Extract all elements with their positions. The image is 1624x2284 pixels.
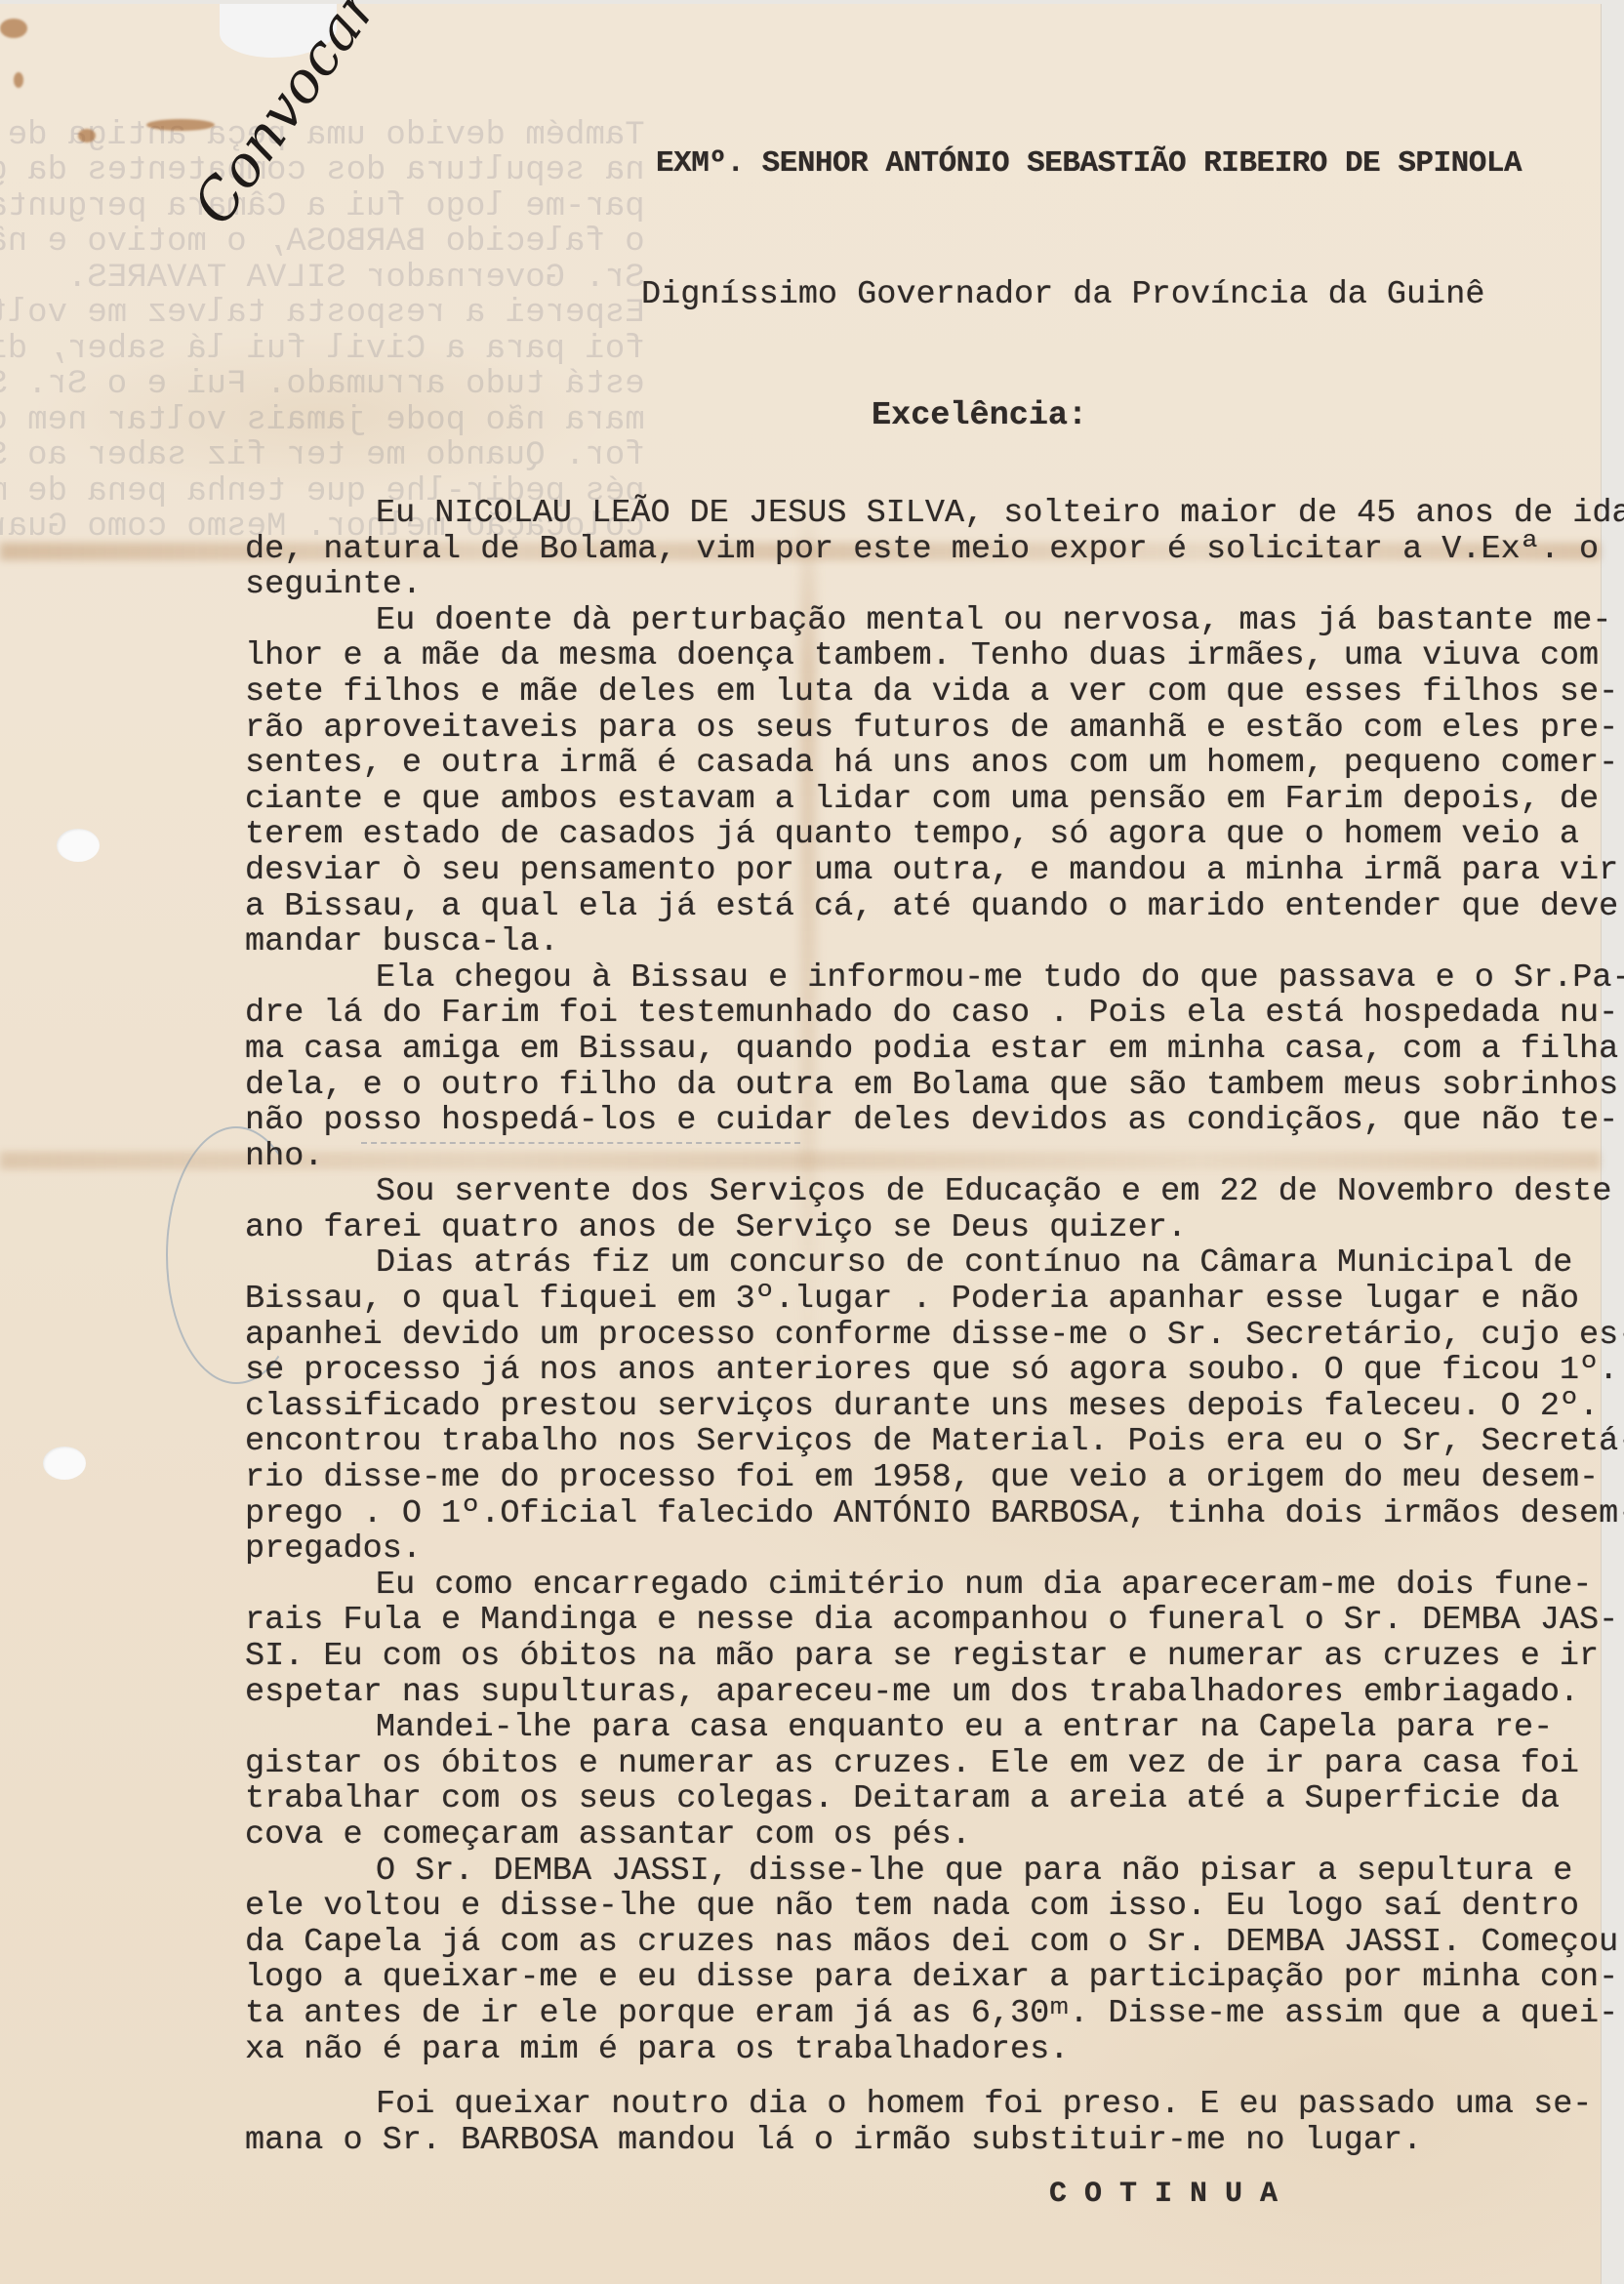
- body-line: sete filhos e mãe deles em luta da vida …: [245, 674, 1601, 711]
- body-line: ma casa amiga em Bissau, quando podia es…: [245, 1032, 1601, 1068]
- body-line: seguinte.: [245, 567, 1601, 603]
- paragraph-first-line: Mandei-lhe para casa enquanto eu a entra…: [245, 1710, 1601, 1746]
- paragraph-first-line: Foi queixar noutro dia o homem foi preso…: [245, 2087, 1601, 2123]
- rust-stain: [146, 119, 215, 131]
- paragraph-first-line: Eu NICOLAU LEÃO DE JESUS SILVA, solteiro…: [245, 496, 1601, 532]
- paragraph-first-line: Eu como encarregado cimitério num dia ap…: [245, 1568, 1601, 1604]
- body-line: da Capela já com as cruzes nas mãos dei …: [245, 1925, 1601, 1961]
- continuation-mark: COTINUA: [1049, 2177, 1295, 2213]
- body-line: se processo já nos anos anteriores que s…: [245, 1353, 1601, 1389]
- letter-body: Eu NICOLAU LEÃO DE JESUS SILVA, solteiro…: [245, 496, 1601, 2158]
- rust-stain: [0, 19, 27, 38]
- body-line: apanhei devido um processo conforme diss…: [245, 1318, 1601, 1354]
- body-line: classificado prestou serviços durante un…: [245, 1389, 1601, 1425]
- body-line: mandar busca-la.: [245, 924, 1601, 960]
- body-line: ta antes de ir ele porque eram já as 6,3…: [245, 1996, 1601, 2032]
- paragraph-first-line: O Sr. DEMBA JASSI, disse-lhe que para nã…: [245, 1854, 1601, 1890]
- body-line: a Bissau, a qual ela já está cá, até qua…: [245, 889, 1601, 925]
- punch-hole: [57, 829, 100, 862]
- body-line: pregados.: [245, 1531, 1601, 1568]
- body-line: dre lá do Farim foi testemunhado do caso…: [245, 996, 1601, 1032]
- body-line: ele voltou e disse-lhe que não tem nada …: [245, 1889, 1601, 1925]
- body-line: espetar nas supulturas, apareceu-me um d…: [245, 1675, 1601, 1711]
- body-line: mana o Sr. BARBOSA mandou lá o irmão sub…: [245, 2123, 1601, 2159]
- rust-stain: [14, 72, 23, 88]
- body-line: rão aproveitaveis para os seus futuros d…: [245, 711, 1601, 747]
- body-line: terem estado de casados já quanto tempo,…: [245, 817, 1601, 853]
- body-line: desviar ò seu pensamento por uma outra, …: [245, 853, 1601, 889]
- body-line: rio disse-me do processo foi em 1958, qu…: [245, 1460, 1601, 1496]
- body-line: dela, e o outro filho da outra em Bolama…: [245, 1068, 1601, 1104]
- body-line: rais Fula e Mandinga e nesse dia acompan…: [245, 1603, 1601, 1639]
- letter-page: Também devido uma peça antiga de bronze …: [0, 4, 1601, 2284]
- body-line: sentes, e outra irmã é casada há uns ano…: [245, 746, 1601, 782]
- paragraph-first-line: Dias atrás fiz um concurso de contínuo n…: [245, 1245, 1601, 1282]
- paragraph-first-line: Ela chegou à Bissau e informou-me tudo d…: [245, 960, 1601, 997]
- body-line: logo a queixar-me e eu disse para deixar…: [245, 1960, 1601, 1996]
- body-line: prego . O 1º.Oficial falecido ANTÓNIO BA…: [245, 1496, 1601, 1532]
- paragraph-first-line: Sou servente dos Serviços de Educação e …: [245, 1174, 1601, 1210]
- body-line: trabalhar com os seus colegas. Deitaram …: [245, 1781, 1601, 1817]
- body-line: ciante e que ambos estavam a lidar com u…: [245, 782, 1601, 818]
- body-line: SI. Eu com os óbitos na mão para se regi…: [245, 1639, 1601, 1675]
- body-line: de, natural de Bolama, vim por este meio…: [245, 532, 1601, 568]
- salutation: Excelência:: [872, 398, 1087, 434]
- body-line: não posso hospedá-los e cuidar deles dev…: [245, 1103, 1601, 1139]
- body-line: gistar os óbitos e numerar as cruzes. El…: [245, 1746, 1601, 1782]
- punch-hole: [43, 1447, 86, 1480]
- body-line: encontrou trabalho nos Serviços de Mater…: [245, 1424, 1601, 1460]
- body-line: cova e começaram assantar com os pés.: [245, 1817, 1601, 1854]
- body-line: xa não é para mim é para os trabalhadore…: [245, 2032, 1601, 2068]
- body-line: lhor e a mãe da mesma doença tambem. Ten…: [245, 638, 1601, 674]
- body-line: Bissau, o qual fiquei em 3º.lugar . Pode…: [245, 1282, 1601, 1318]
- body-line: nho.: [245, 1139, 1601, 1175]
- governor-title-line: Digníssimo Governador da Província da Gu…: [641, 277, 1484, 313]
- rust-stain: [78, 129, 96, 143]
- body-line: ano farei quatro anos de Serviço se Deus…: [245, 1210, 1601, 1246]
- addressee-line: EXMº. SENHOR ANTÓNIO SEBASTIÃO RIBEIRO D…: [656, 146, 1522, 183]
- paragraph-first-line: Eu doente dà perturbação mental ou nervo…: [245, 603, 1601, 639]
